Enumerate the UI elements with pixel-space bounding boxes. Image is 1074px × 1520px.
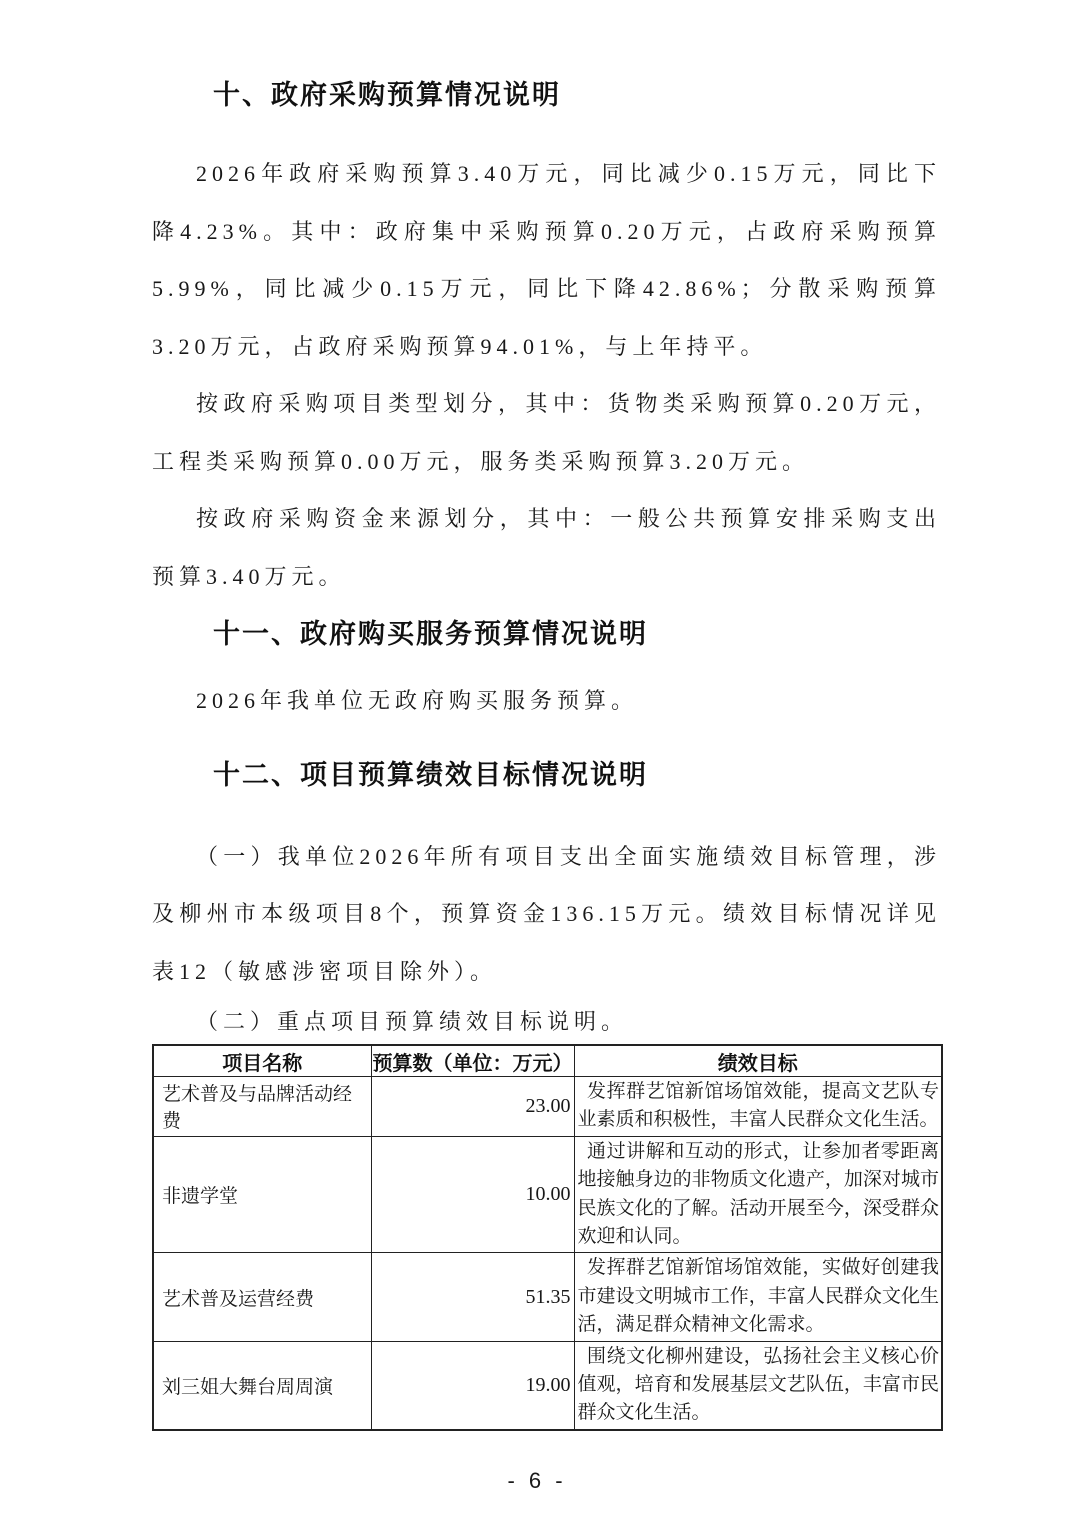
table-row: 刘三姐大舞台周周演 19.00 围绕文化柳州建设，弘扬社会主义核心价值观，培育和… xyxy=(153,1341,942,1430)
page-number: - 6 - xyxy=(0,1468,1074,1494)
table-row: 艺术普及运营经费 51.35 发挥群艺馆新馆场馆效能，实做好创建我市建设文明城市… xyxy=(153,1253,942,1341)
header-budget-amount: 预算数（单位：万元） xyxy=(371,1045,574,1077)
section-10-paragraph-2: 按政府采购项目类型划分，其中：货物类采购预算0.20万元，工程类采购预算0.00… xyxy=(152,375,941,490)
section-11-heading: 十一、政府购买服务预算情况说明 xyxy=(152,605,941,663)
section-12-heading: 十二、项目预算绩效目标情况说明 xyxy=(152,746,941,804)
budget-cell: 10.00 xyxy=(371,1136,574,1253)
document-content: 十、政府采购预算情况说明 2026年政府采购预算3.40万元，同比减少0.15万… xyxy=(0,0,1074,1431)
table-header-row: 项目名称 预算数（单位：万元） 绩效目标 xyxy=(153,1045,942,1077)
header-performance-goal: 绩效目标 xyxy=(574,1045,942,1077)
project-name-cell: 艺术普及运营经费 xyxy=(153,1253,371,1341)
section-10-paragraph-1: 2026年政府采购预算3.40万元，同比减少0.15万元，同比下降4.23%。其… xyxy=(152,145,941,375)
section-10-paragraph-3: 按政府采购资金来源划分，其中：一般公共预算安排采购支出预算3.40万元。 xyxy=(152,490,941,605)
budget-cell: 23.00 xyxy=(371,1077,574,1137)
goal-cell: 发挥群艺馆新馆场馆效能，提高文艺队专业素质和积极性，丰富人民群众文化生活。 xyxy=(574,1077,942,1137)
header-project-name: 项目名称 xyxy=(153,1045,371,1077)
goal-cell: 通过讲解和互动的形式，让参加者零距离地接触身边的非物质文化遗产，加深对城市民族文… xyxy=(574,1136,942,1253)
project-name-cell: 非遗学堂 xyxy=(153,1136,371,1253)
goal-cell: 发挥群艺馆新馆场馆效能，实做好创建我市建设文明城市工作，丰富人民群众文化生活，满… xyxy=(574,1253,942,1341)
section-10-heading: 十、政府采购预算情况说明 xyxy=(152,66,941,124)
budget-cell: 19.00 xyxy=(371,1341,574,1430)
table-row: 艺术普及与品牌活动经费 23.00 发挥群艺馆新馆场馆效能，提高文艺队专业素质和… xyxy=(153,1077,942,1137)
performance-goals-table: 项目名称 预算数（单位：万元） 绩效目标 艺术普及与品牌活动经费 23.00 发… xyxy=(152,1044,943,1431)
section-11-paragraph-1: 2026年我单位无政府购买服务预算。 xyxy=(152,672,941,730)
budget-cell: 51.35 xyxy=(371,1253,574,1341)
section-12-paragraph-2: （二）重点项目预算绩效目标说明。 xyxy=(152,1000,941,1044)
project-name-cell: 艺术普及与品牌活动经费 xyxy=(153,1077,371,1137)
document-page: 十、政府采购预算情况说明 2026年政府采购预算3.40万元，同比减少0.15万… xyxy=(0,0,1074,1520)
section-12-paragraph-1: （一）我单位2026年所有项目支出全面实施绩效目标管理，涉及柳州市本级项目8个，… xyxy=(152,828,941,1001)
goal-cell: 围绕文化柳州建设，弘扬社会主义核心价值观，培育和发展基层文艺队伍，丰富市民群众文… xyxy=(574,1341,942,1430)
project-name-cell: 刘三姐大舞台周周演 xyxy=(153,1341,371,1430)
table-row: 非遗学堂 10.00 通过讲解和互动的形式，让参加者零距离地接触身边的非物质文化… xyxy=(153,1136,942,1253)
